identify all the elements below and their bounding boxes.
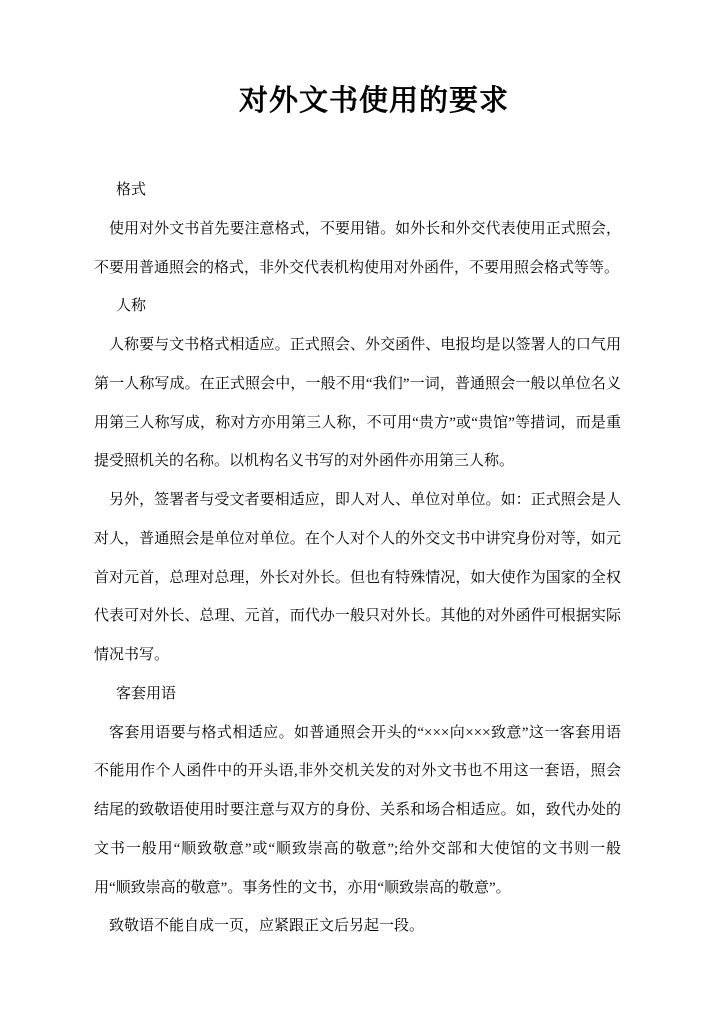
paragraph-salutation-rule: 致敬语不能自成一页，应紧跟正文后另起一段。 bbox=[94, 907, 621, 946]
paragraph-format-usage: 使用对外文书首先要注意格式，不要用错。如外长和外交代表使用正式照会，不要用普通照… bbox=[94, 210, 621, 288]
document-page: 对外文书使用的要求 格式 使用对外文书首先要注意格式，不要用错。如外长和外交代表… bbox=[0, 0, 721, 1020]
paragraph-signer-recipient: 另外，签署者与受文者要相适应，即人对人、单位对单位。如：正式照会是人对人，普通照… bbox=[94, 481, 621, 675]
document-title: 对外文书使用的要求 bbox=[0, 85, 721, 117]
section-heading-person: 人称 bbox=[94, 287, 621, 326]
section-heading-format: 格式 bbox=[94, 171, 621, 210]
section-heading-courtesy: 客套用语 bbox=[94, 675, 621, 714]
paragraph-courtesy-usage: 客套用语要与格式相适应。如普通照会开头的“×××向×××致意”这一客套用语不能用… bbox=[94, 714, 621, 908]
document-body: 格式 使用对外文书首先要注意格式，不要用错。如外长和外交代表使用正式照会，不要用… bbox=[94, 171, 621, 946]
paragraph-person-usage: 人称要与文书格式相适应。正式照会、外交函件、电报均是以签署人的口气用第一人称写成… bbox=[94, 326, 621, 481]
